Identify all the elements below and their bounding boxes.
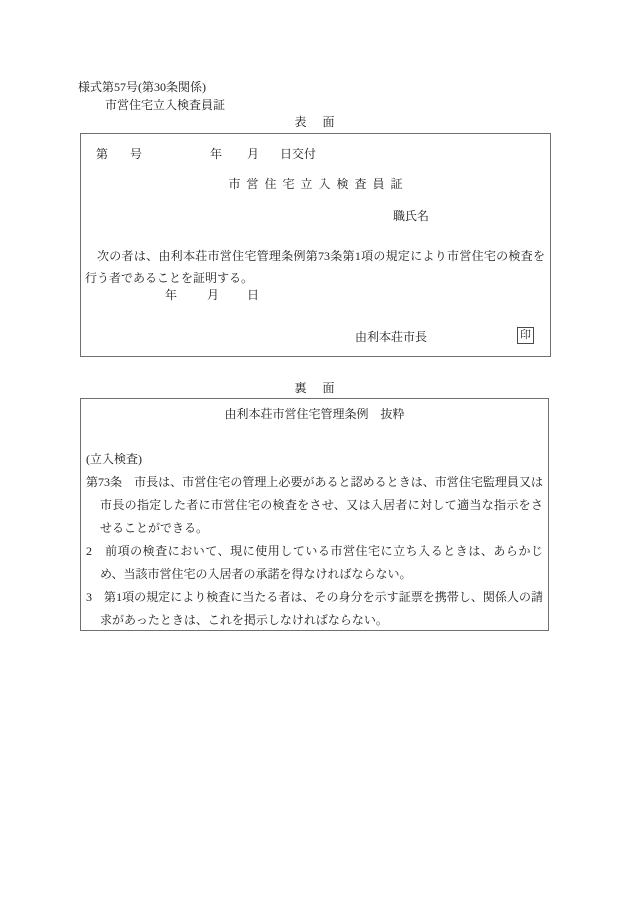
- issue-year-label: 年: [210, 146, 222, 162]
- front-card-box: 第 号 年 月 日交付 市営住宅立入検査員証 職氏名 次の者は、由利本荘市営住宅…: [80, 133, 551, 357]
- date-year-label: 年: [165, 287, 177, 303]
- issue-month-label: 月: [247, 146, 259, 162]
- certificate-number-issue-row: 第 号 年 月 日交付: [81, 146, 550, 162]
- document-page: 様式第57号(第30条関係) 市営住宅立入検査員証 表 面 第 号 年 月 日交…: [0, 0, 630, 903]
- date-month-label: 月: [207, 287, 219, 303]
- date-day-label: 日: [247, 287, 259, 303]
- issuer-title: 由利本荘市長: [355, 329, 427, 345]
- back-side-label: 裏 面: [80, 380, 551, 396]
- back-card-box: 由利本荘市営住宅管理条例 抜粋 (立入検査) 第73条 市長は、市営住宅の管理上…: [80, 398, 549, 631]
- section-heading: (立入検査): [86, 448, 543, 471]
- card-title: 市営住宅立入検査員証: [81, 176, 550, 192]
- certificate-number-suffix: 号: [130, 146, 142, 162]
- certification-statement: 次の者は、由利本荘市営住宅管理条例第73条第1項の規定により市営住宅の検査を行う…: [85, 245, 545, 289]
- certificate-number-prefix: 第: [96, 146, 108, 162]
- holder-name-label: 職氏名: [393, 208, 429, 224]
- issue-day-label: 日交付: [280, 146, 316, 162]
- seal-mark: 印: [517, 327, 534, 344]
- article-73-paragraph-2: 2 前項の検査において、現に使用している市営住宅に立ち入るときは、あらかじめ、当…: [86, 540, 543, 586]
- form-number: 様式第57号(第30条関係): [78, 79, 206, 95]
- article-73-paragraph-3: 3 第1項の規定により検査に当たる者は、その身分を示す証票を携帯し、関係人の請求…: [86, 586, 543, 632]
- certification-date-row: 年 月 日: [81, 287, 550, 303]
- form-name: 市営住宅立入検査員証: [105, 97, 225, 113]
- article-73-paragraph-1: 第73条 市長は、市営住宅の管理上必要があると認めるときは、市営住宅監理員又は市…: [86, 471, 543, 540]
- ordinance-excerpt-title: 由利本荘市営住宅管理条例 抜粋: [86, 406, 543, 422]
- front-side-label: 表 面: [80, 114, 551, 130]
